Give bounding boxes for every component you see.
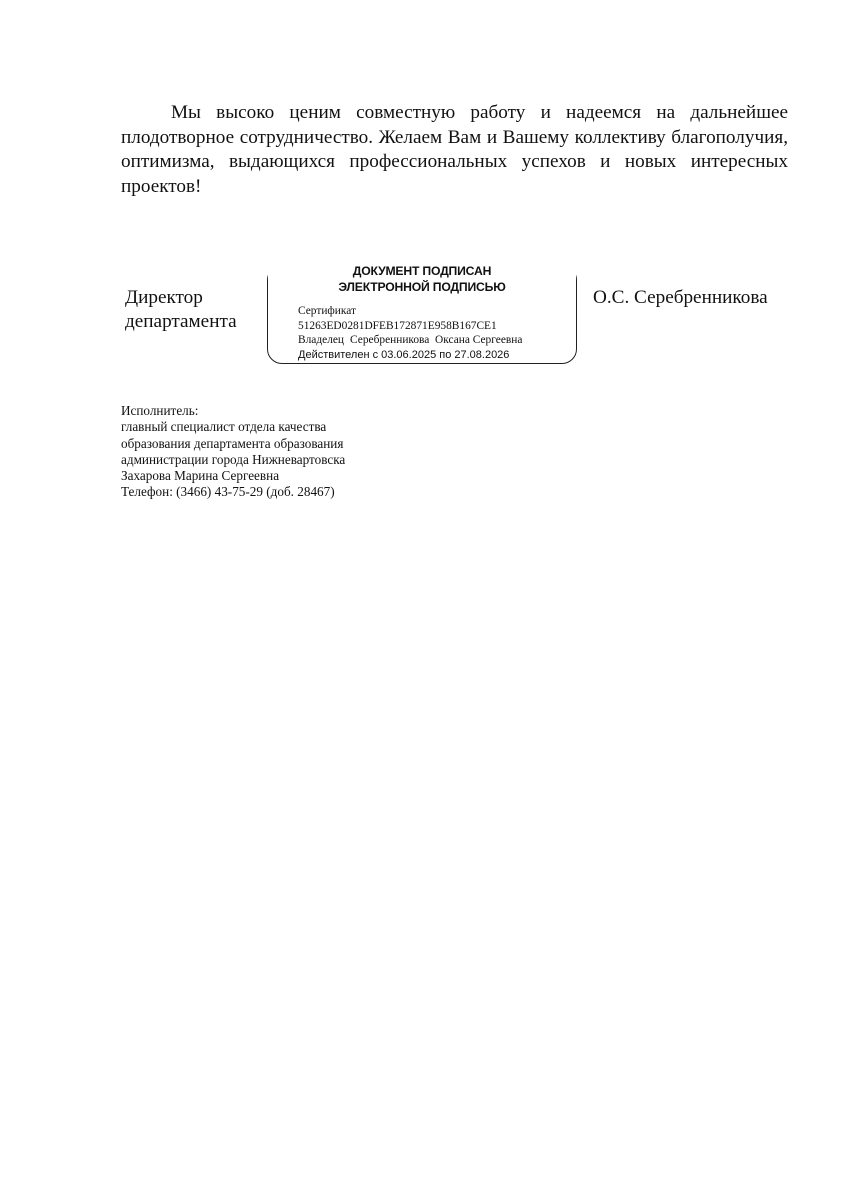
executor-role-line2: образования департамента образования xyxy=(121,436,345,452)
signer-position-line2: департамента xyxy=(125,310,237,334)
executor-label: Исполнитель: xyxy=(121,403,345,419)
closing-paragraph: Мы высоко ценим совместную работу и наде… xyxy=(121,101,788,199)
stamp-header: ДОКУМЕНТ ПОДПИСАН ЭЛЕКТРОННОЙ ПОДПИСЬЮ xyxy=(268,264,576,295)
stamp-owner-row: ВладелецСеребренникова Оксана Сергеевна xyxy=(298,333,522,348)
executor-phone: Телефон: (3466) 43-75-29 (доб. 28467) xyxy=(121,484,345,500)
certificate-number: 51263ED0281DFEB172871E958B167CE1 xyxy=(298,319,522,334)
executor-block: Исполнитель: главный специалист отдела к… xyxy=(121,403,345,501)
executor-role-line3: администрации города Нижневартовска xyxy=(121,452,345,468)
validity-period: Действителен с 03.06.2025 по 27.08.2026 xyxy=(298,348,522,363)
owner-label: Владелец xyxy=(298,334,344,346)
document-page: Мы высоко ценим совместную работу и наде… xyxy=(0,0,849,1200)
signer-position-line1: Директор xyxy=(125,286,237,310)
stamp-header-line1: ДОКУМЕНТ ПОДПИСАН xyxy=(268,264,576,280)
signer-position: Директор департамента xyxy=(125,286,237,334)
stamp-body: Сертификат 51263ED0281DFEB172871E958B167… xyxy=(298,304,522,362)
executor-role-line1: главный специалист отдела качества xyxy=(121,419,345,435)
stamp-header-line2: ЭЛЕКТРОННОЙ ПОДПИСЬЮ xyxy=(268,280,576,296)
electronic-signature-stamp: ДОКУМЕНТ ПОДПИСАН ЭЛЕКТРОННОЙ ПОДПИСЬЮ С… xyxy=(267,265,577,364)
executor-name: Захарова Марина Сергеевна xyxy=(121,468,345,484)
owner-name: Серебренникова Оксана Сергеевна xyxy=(350,334,522,346)
certificate-label: Сертификат xyxy=(298,304,522,319)
signer-name: О.С. Серебренникова xyxy=(593,286,768,310)
